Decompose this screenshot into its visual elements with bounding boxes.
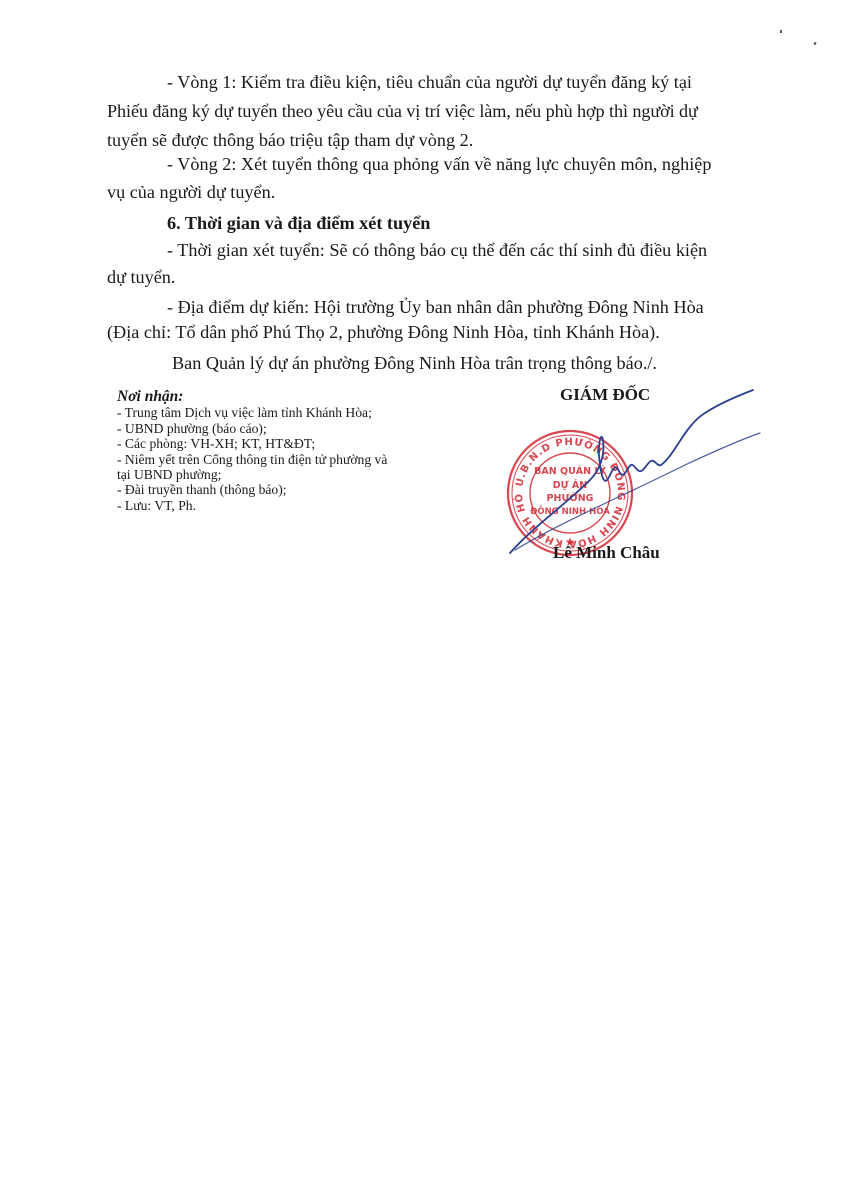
recipient-item: - Đài truyền thanh (thông báo); <box>117 482 477 497</box>
recipients-block: Nơi nhận: - Trung tâm Dịch vụ việc làm t… <box>117 389 477 513</box>
recipient-item: - Niêm yết trên Cổng thông tin điện tử p… <box>117 452 477 467</box>
round1-line-2: Phiếu đăng ký dự tuyển theo yêu cầu của … <box>107 101 698 122</box>
section-6-time-line-2: dự tuyển. <box>107 267 175 288</box>
handwritten-signature <box>505 385 765 555</box>
closing-statement: Ban Quản lý dự án phường Đông Ninh Hòa t… <box>172 353 657 374</box>
section-6-heading: 6. Thời gian và địa điểm xét tuyển <box>167 213 430 234</box>
scan-speck <box>813 42 816 46</box>
scan-speck <box>780 30 782 33</box>
recipient-item: - UBND phường (báo cáo); <box>117 421 477 436</box>
recipient-item: - Trung tâm Dịch vụ việc làm tỉnh Khánh … <box>117 405 477 420</box>
round1-line-3: tuyển sẽ được thông báo triệu tập tham d… <box>107 130 473 151</box>
section-6-location-line-2: (Địa chỉ: Tổ dân phố Phú Thọ 2, phường Đ… <box>107 322 660 343</box>
round2-line-2: vụ của người dự tuyển. <box>107 182 275 203</box>
section-6-time-line-1: - Thời gian xét tuyển: Sẽ có thông báo c… <box>167 240 707 261</box>
recipients-title: Nơi nhận: <box>117 389 477 404</box>
recipient-item: tại UBND phường; <box>117 467 477 482</box>
round2-line-1: - Vòng 2: Xét tuyển thông qua phỏng vấn … <box>167 154 711 175</box>
signer-name: Lê Minh Châu <box>553 543 660 563</box>
recipient-item: - Các phòng: VH-XH; KT, HT&ĐT; <box>117 436 477 451</box>
document-page: - Vòng 1: Kiểm tra điều kiện, tiêu chuẩn… <box>0 0 843 1200</box>
recipient-item: - Lưu: VT, Ph. <box>117 498 477 513</box>
round1-line-1: - Vòng 1: Kiểm tra điều kiện, tiêu chuẩn… <box>167 72 692 93</box>
section-6-location-line-1: - Địa điểm dự kiến: Hội trường Ủy ban nh… <box>167 297 704 318</box>
